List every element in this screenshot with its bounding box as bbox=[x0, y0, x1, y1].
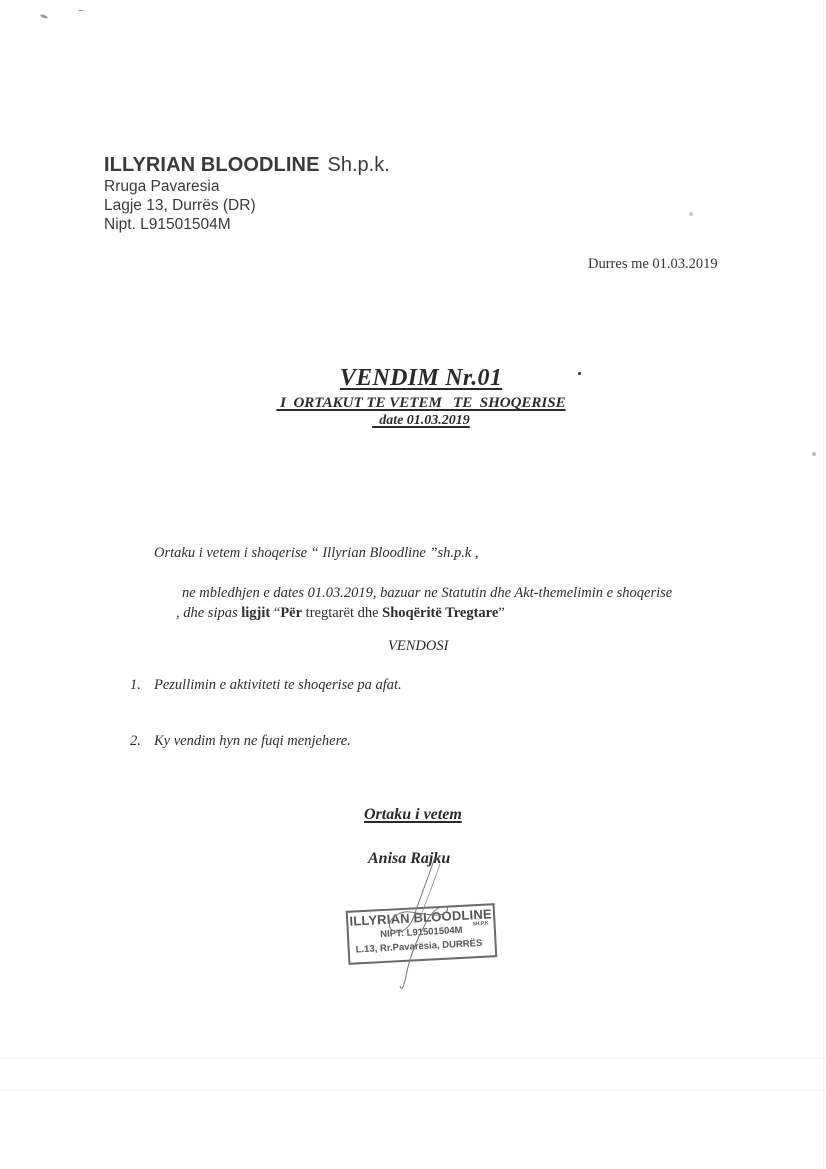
item-number: 2. bbox=[130, 733, 141, 750]
company-stamp: ILLYRIAN BLOODLINE SH.P.K NIPT: L9150150… bbox=[346, 903, 498, 965]
signatory-title: Ortaku i vetem bbox=[364, 806, 462, 824]
scan-speck bbox=[689, 212, 693, 216]
law-title-part-1: Për bbox=[280, 605, 302, 621]
paragraph-prefix: , dhe sipas bbox=[176, 605, 241, 621]
paragraph-line-1: ne mbledhjen e dates 01.03.2019, bazuar … bbox=[182, 583, 746, 603]
page-edge bbox=[823, 0, 824, 1169]
title-block: VENDIM Nr.01 I ORTAKUT TE VETEM TE SHOQE… bbox=[0, 366, 826, 430]
scan-speck bbox=[40, 14, 49, 20]
scan-line bbox=[0, 1058, 826, 1059]
address-city: Lagje 13, Durrës (DR) bbox=[104, 196, 390, 215]
law-title-part-2: tregtarët dhe bbox=[302, 605, 382, 621]
scan-speck bbox=[78, 10, 84, 11]
quote-close: ” bbox=[498, 605, 504, 621]
quote-open: “ bbox=[270, 605, 280, 621]
signatory-name: Anisa Rajku bbox=[368, 850, 450, 868]
item-text: Ky vendim hyn ne fuqi menjehere. bbox=[154, 733, 351, 750]
paragraph-line-2: , dhe sipas ligjit “Për tregtarët dhe Sh… bbox=[176, 603, 746, 623]
scan-speck bbox=[812, 452, 816, 456]
law-word: ligjit bbox=[241, 605, 270, 621]
company-suffix: Sh.p.k. bbox=[328, 154, 390, 176]
company-nipt: Nipt. L91501504M bbox=[104, 215, 390, 234]
stamp-suffix: SH.P.K bbox=[472, 920, 488, 927]
item-number: 1. bbox=[130, 677, 141, 694]
decision-title: VENDIM Nr.01 bbox=[0, 366, 826, 390]
company-name: ILLYRIAN BLOODLINE bbox=[104, 154, 320, 176]
intro-line: Ortaku i vetem i shoqerise “ Illyrian Bl… bbox=[154, 545, 479, 562]
decision-date: date 01.03.2019 bbox=[0, 412, 826, 430]
body-paragraph: ne mbledhjen e dates 01.03.2019, bazuar … bbox=[176, 583, 746, 623]
scan-line bbox=[0, 1090, 826, 1091]
decision-subtitle: I ORTAKUT TE VETEM TE SHOQERISE bbox=[0, 394, 826, 412]
company-line: ILLYRIAN BLOODLINESh.p.k. bbox=[104, 153, 390, 177]
law-title-part-3: Shoqëritë Tregtare bbox=[382, 605, 498, 621]
letterhead: ILLYRIAN BLOODLINESh.p.k. Rruga Pavaresi… bbox=[104, 153, 390, 234]
item-text: Pezullimin e aktiviteti te shoqerise pa … bbox=[154, 677, 402, 694]
document-date: Durres me 01.03.2019 bbox=[588, 256, 718, 273]
address-street: Rruga Pavaresia bbox=[104, 177, 390, 196]
decision-heading: VENDOSI bbox=[388, 638, 448, 655]
